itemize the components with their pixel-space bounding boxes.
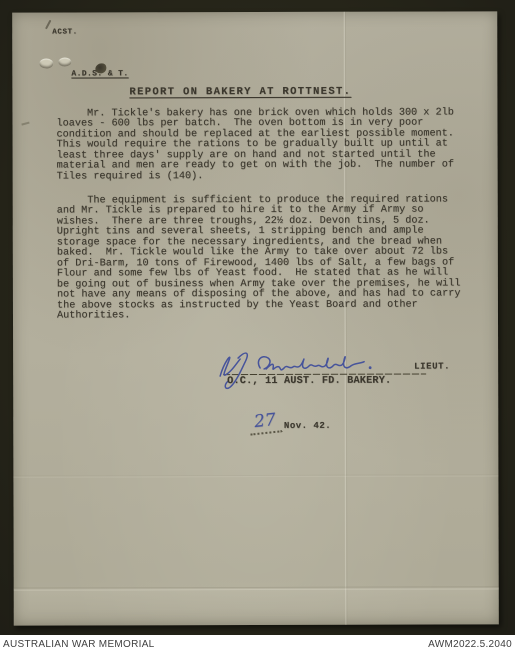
document-title: REPORT ON BAKERY AT ROTTNEST. bbox=[129, 86, 351, 99]
top-annotation: ACST. bbox=[52, 28, 78, 36]
pencil-mark bbox=[45, 20, 51, 30]
paper-hole bbox=[39, 59, 53, 69]
signature-period bbox=[369, 366, 372, 369]
paragraph-oven-condition: Mr. Tickle's bakery has one brick oven w… bbox=[56, 108, 476, 182]
pencil-mark bbox=[21, 122, 29, 126]
lower-paper-band bbox=[14, 589, 499, 625]
reference-number: AWM2022.5.2040 bbox=[428, 639, 512, 650]
handwritten-day: 27 bbox=[248, 409, 282, 435]
signatory-rank: LIEUT. bbox=[414, 361, 450, 371]
addressee-line: A.D.S. & T. bbox=[71, 69, 128, 78]
archive-caption-bar: AUSTRALIAN WAR MEMORIAL AWM2022.5.2040 bbox=[0, 635, 515, 653]
institution-label: AUSTRALIAN WAR MEMORIAL bbox=[3, 639, 155, 650]
signatory-unit: O.C., 11 AUST. FD. BAKERY. bbox=[227, 376, 391, 387]
document-page: ACST. A.D.S. & T. REPORT ON BAKERY AT RO… bbox=[12, 11, 499, 625]
paper-hole bbox=[58, 57, 71, 66]
date-line: 27 Nov. 42. bbox=[249, 400, 331, 434]
typed-month-year: Nov. 42. bbox=[281, 421, 331, 434]
paragraph-equipment-stocks: The equipment is sufficient to produce t… bbox=[57, 195, 477, 322]
archive-photo: ACST. A.D.S. & T. REPORT ON BAKERY AT RO… bbox=[0, 0, 515, 653]
horizontal-fold-crease-faint bbox=[13, 474, 498, 477]
